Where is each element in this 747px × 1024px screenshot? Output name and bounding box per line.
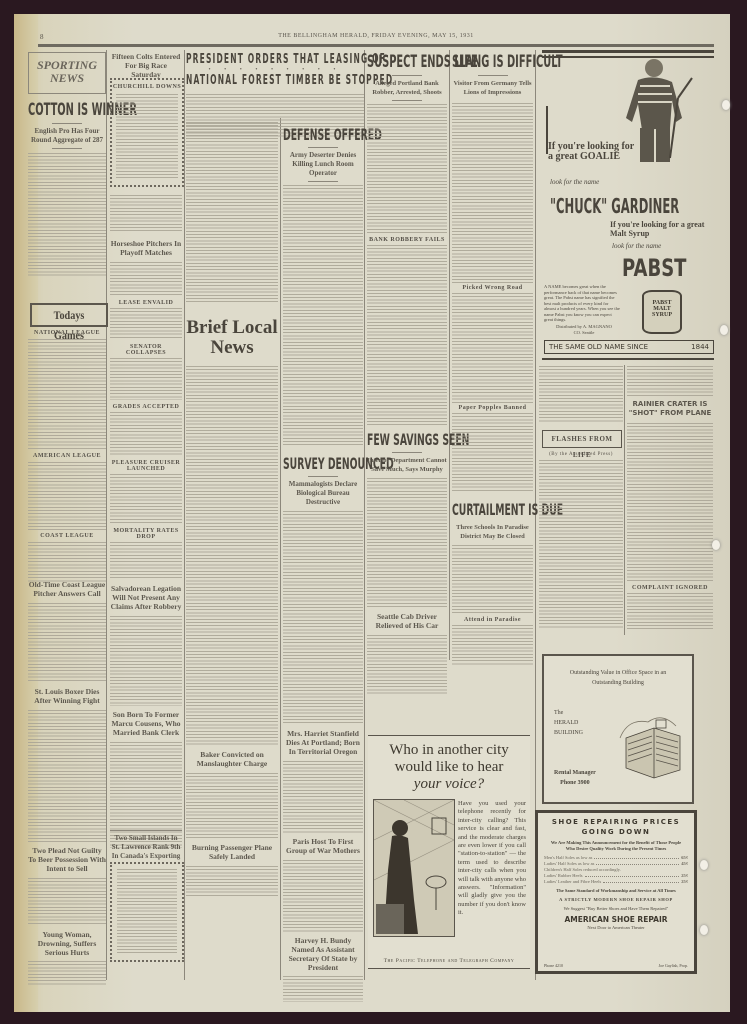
divider [478,75,508,76]
brief-headline: COMPLAINT IGNORED [627,585,713,591]
malt-syrup-can: PABST MALT SYRUP [642,290,682,334]
article-body [110,262,182,296]
story-headline: Salvadorean Legation Will Not Present An… [110,584,182,611]
malt-syrup-line: If you're looking for a great Malt Syrup [610,220,706,238]
price-value: 25¢ [681,879,688,885]
building-name-3: BUILDING [554,728,583,738]
article-body [452,293,533,403]
national-league-label: NATIONAL LEAGUE [28,330,106,336]
article-body [283,976,363,1002]
box-scores [28,339,106,449]
brief-headline: MORTALITY RATES DROP [110,528,182,540]
flashes-byline: (By the Associated Press) [539,452,623,457]
article-body [452,545,533,615]
article-body [28,603,106,683]
pabst-footer: THE SAME OLD NAME SINCE 1844 [544,340,714,354]
article-body [367,245,447,425]
ad-tagline-2: Outstanding Building [544,678,692,688]
divider [392,452,422,453]
ad-tagline-1: Outstanding Value in Office Space in an [544,668,692,678]
building-name-2: HERALD [554,718,583,728]
brief-headline: SENATOR COLLAPSES [110,344,182,356]
rainier-headline: RAINIER CRATER IS "SHOT" FROM PLANE [627,400,713,418]
box-scores [28,542,106,582]
subhead: Army Deserter Denies Killing Lunch Room … [283,151,363,178]
frame-pin [722,100,730,110]
divider [308,181,338,182]
ad-headline-3: your voice? [368,776,530,793]
story-headline: St. Louis Boxer Dies After Winning Fight [28,687,106,705]
divider [52,148,82,149]
building-name-1: The [554,708,583,718]
article-body [283,860,363,932]
divider [392,100,422,101]
shop-proprietor: Joe Gaylish, Prop. [659,963,688,968]
phone-number: Phone 3900 [554,778,596,788]
ad-title-1: SHOE REPAIRING PRICES [538,817,694,827]
ad-rule [542,50,714,53]
story-headline: Harvey H. Bundy Named As Assistant Secre… [283,936,363,972]
leader-dots [594,855,679,859]
section-title: SPORTING NEWS [29,59,105,85]
headline: COTTON IS WINNER [28,100,106,120]
frame-pin [700,860,708,870]
telephone-ad: Who in another city would like to hear y… [368,735,530,969]
ad-rule [542,358,714,360]
race-entries-box: CHURCHILL DOWNS [110,78,184,187]
subhead: Interior Department Cannot Save Much, Sa… [367,456,447,474]
ad-headline-2: would like to hear [368,759,530,776]
footer-year: 1844 [691,341,709,353]
article-body [110,195,182,233]
subsection-head: Attend in Paradise [452,617,533,623]
article-body [28,878,106,926]
herald-building-ad: Outstanding Value in Office Space in an … [542,654,694,804]
islands-headline-box: Two Small Islands In St. Lawrence Rank 9… [110,830,182,857]
leader-dots [623,867,686,871]
leader-dots [603,879,679,883]
pabst-distributor: Distributed by A. MAGNANO CO. Seattle [556,324,612,335]
ad-intro: We Are Making This Announcement for the … [546,840,686,852]
article-body [28,153,106,278]
goalie-name: "CHUCK" GARDINER [550,194,654,218]
dateline: CHURCHILL DOWNS [112,84,182,90]
subsection-head: Paper Popples Banned [452,405,533,411]
brief-headline: GRADES ACCEPTED [110,404,182,410]
article-body [452,413,533,493]
subhead: Three Schools In Paradise District May B… [452,523,533,541]
article-body [110,308,182,340]
article-body [283,185,363,447]
shop-name: AMERICAN SHOE REPAIR [538,915,694,925]
column-rule [624,365,625,635]
story-headline: Two Small Islands In St. Lawrence Rank 9… [110,834,182,861]
story-headline: Paris Host To First Group of War Mothers [283,837,363,855]
article-body [186,866,278,898]
story-headline: Two Plead Not Guilty To Beer Possession … [28,846,106,873]
shop-location: Next Door to American Theater [538,925,694,931]
ad-modern: A STRICTLY MODERN SHOE REPAIR SHOP [538,897,694,903]
pabst-wordmark: PABST [622,254,712,282]
article-body [116,94,178,179]
column-rule [449,50,450,660]
column-rule [280,118,281,980]
divider [308,476,338,477]
shoe-repair-ad: SHOE REPAIRING PRICES GOING DOWN We Are … [535,810,697,974]
subhead: Alleged Portland Bank Robber, Arrested, … [367,79,447,97]
article-body [627,593,713,629]
article-body [110,412,182,456]
subsection-head: Picked Wrong Road [452,285,533,291]
story-headline: Seattle Cab Driver Relieved of His Car [367,612,447,630]
pabst-blurb: A NAME becomes great when the performanc… [544,284,620,323]
column-rule [106,50,107,980]
footer-text: THE SAME OLD NAME SINCE [549,343,648,351]
ad-suggest: We Suggest "Buy Better Shoes and Have Th… [558,906,674,912]
article-body [110,616,182,706]
story-headline: Mrs. Harriet Stanfield Dies At Portland;… [283,729,363,756]
article-body [110,358,182,400]
leader-dots [596,861,679,865]
story-headline: Horseshoe Pitchers In Playoff Matches [110,239,182,257]
ad-standard: The Same Standard of Workmanship and Ser… [552,888,680,894]
headline: SURVEY DENOUNCED [283,455,363,473]
article-body [539,460,623,628]
masthead: THE BELLINGHAM HERALD, FRIDAY EVENING, M… [38,33,714,43]
story-headline: Fifteen Colts Entered For Big Race Satur… [110,52,182,79]
article-body [283,761,363,833]
american-league-label: AMERICAN LEAGUE [28,453,106,459]
pabst-ad: If you're looking for a great GOALIE loo… [538,46,716,356]
column-rule [364,50,365,980]
article-body [28,961,106,985]
building-illustration [614,708,686,780]
frame-pin [712,540,720,550]
article-body [539,366,623,422]
frame-pin [720,325,728,335]
article-body [627,423,713,583]
ad-body-text: Have you used your telephone recently fo… [458,800,526,918]
column-rule [184,50,185,980]
goalie-line-tail: look for the name [550,178,599,186]
article-body [186,122,278,302]
divider [392,75,422,76]
story-headline: Baker Convicted on Manslaughter Charge [186,750,278,768]
article-body [283,511,363,725]
headline: SUSPECT ENDS LIFE [367,52,448,72]
brief-headline: LEASE ENVALID [110,300,182,306]
subhead: English Pro Has Four Round Aggregate of … [28,127,106,145]
ad-headline-1: Who in another city [368,742,530,759]
article-body [117,869,177,953]
goalie-line: If you're looking for a great GOALIE [548,142,638,162]
headline: DEFENSE OFFERED [283,126,363,144]
headline: FEW SAVINGS SEEN [367,431,448,449]
article-body [452,103,533,283]
subhead: Mammalogists Declare Biological Bureau D… [283,480,363,507]
ad-sponsor: The Pacific Telephone and Telegraph Comp… [368,958,530,964]
price-item: Ladies' Leather and Fibre Heels [544,879,601,885]
todays-games-box: Todays Games [30,303,108,327]
article-body [110,474,182,524]
box-scores [28,462,106,530]
brief-headline: PLEASURE CRUISER LAUNCHED [110,460,182,472]
story-headline: Young Woman, Drowning, Suffers Serious H… [28,930,106,957]
article-body [110,542,182,580]
headline: CURTAILMENT IS DUE [452,501,533,519]
banner-headline-line1: PRESIDENT ORDERS THAT LEASING OF [186,52,363,67]
price-list: Men's Half Soles as low as65¢Ladies' Hal… [544,855,688,885]
flashes-box: FLASHES FROM LIFE [542,430,622,448]
article-body [627,366,713,396]
coast-league-label: COAST LEAGUE [28,533,106,539]
story-headline: Son Born To Former Marcu Cousens, Who Ma… [110,710,182,737]
divider [52,123,82,124]
headline: SLANG IS DIFFICULT [452,52,533,72]
banner-headline-line2: NATIONAL FOREST TIMBER BE STOPPED [186,73,363,88]
article-body [186,366,278,746]
article-body [452,625,533,665]
price-row: Ladies' Leather and Fibre Heels25¢ [544,879,688,885]
brief-local-news-title: Brief Local News [186,318,278,358]
subhead: Visitor From Germany Tells Lions of Impr… [452,79,533,97]
article-body [367,104,447,234]
shop-phone: Phone 4210 [544,963,563,968]
woman-on-telephone-illustration [373,799,455,937]
article-body [186,773,278,839]
brief-headline: BANK ROBBERY FAILS [367,237,447,243]
story-headline: Old-Time Coast League Pitcher Answers Ca… [28,580,106,598]
article-body [367,635,447,695]
story-headline: Burning Passenger Plane Safely Landed [186,843,278,861]
leader-dots [585,873,680,877]
article-body [28,710,106,842]
divider [308,147,338,148]
article-body [367,478,447,608]
sporting-news-box: SPORTING NEWS [28,52,106,94]
islands-story-box [110,862,184,962]
ad-title-2: GOING DOWN [538,827,694,837]
malt-syrup-line-tail: look for the name [612,242,661,250]
rental-manager: Rental Manager [554,768,596,778]
frame-pin [700,925,708,935]
